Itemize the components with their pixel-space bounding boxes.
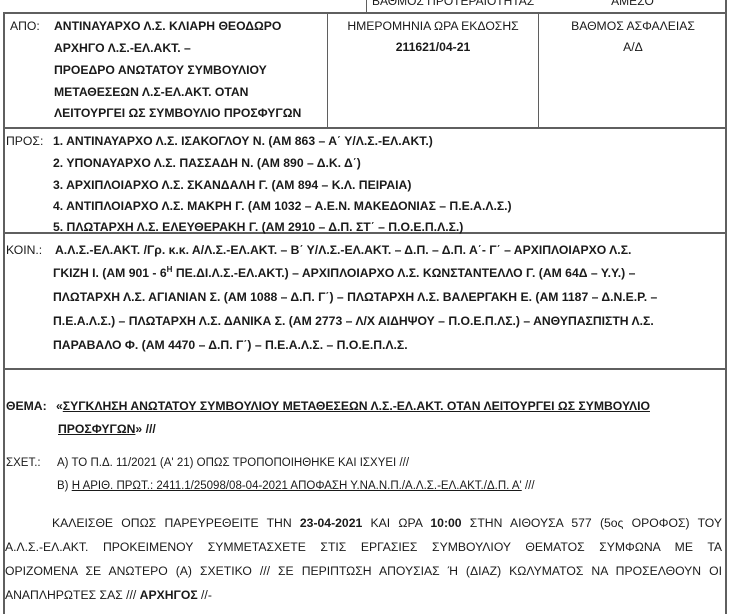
- recipient-item: 1. ΑΝΤΙΝΑΥΑΡΧΟ Λ.Σ. ΙΣΑΚΟΓΛΟΥ Ν. (ΑΜ 863…: [53, 134, 433, 148]
- subject-line: ΠΡΟΣΦΥΓΩΝ» ///: [58, 422, 156, 436]
- copies-label: ΚΟΙΝ.:: [6, 243, 42, 257]
- copies-line: ΠΑΡΑΒΑΛΟ Φ. (ΑΜ 4470 – Δ.Π. Γ΄) – Π.Ε.Α.…: [53, 338, 408, 352]
- from-label: ΑΠΟ:: [10, 19, 40, 33]
- from-line: ΜΕΤΑΘΕΣΕΩΝ Λ.Σ-ΕΛ.ΑΚΤ. ΟΤΑΝ: [54, 85, 248, 99]
- subject-label: ΘΕΜΑ:: [6, 399, 47, 413]
- from-line: ΑΡΧΗΓΟ Λ.Σ.-ΕΛ.ΑΚΤ. –: [54, 41, 191, 55]
- recipients-label: ΠΡΟΣ:: [6, 134, 43, 148]
- body-line: ΚΑΛΕΙΣΘΕ ΟΠΩΣ ΠΑΡΕΥΡΕΘΕΙΤΕ ΤΗΝ 23-04-202…: [52, 516, 722, 530]
- copies-line: ΓΚΙΖΗ Ι. (ΑΜ 901 - 6Η ΠΕ.ΔΙ.Λ.Σ.-ΕΛ.ΑΚΤ.…: [53, 266, 635, 280]
- security-level-value: Α/Δ: [541, 40, 725, 54]
- from-line: ΠΡΟΕΔΡΟ ΑΝΩΤΑΤΟΥ ΣΥΜΒΟΥΛΙΟΥ: [54, 63, 267, 77]
- body-line: ΑΝΑΠΛΗΡΩΤΕΣ ΣΑΣ /// ΑΡΧΗΓΟΣ //-: [5, 588, 212, 602]
- copies-line: Α.Λ.Σ.-ΕΛ.ΑΚΤ. /Γρ. κ.κ. Α/Λ.Σ.-ΕΛ.ΑΚΤ. …: [55, 243, 631, 257]
- from-line: ΑΝΤΙΝΑΥΑΡΧΟ Λ.Σ. ΚΛΙΑΡΗ ΘΕΟΔΩΡΟ: [54, 19, 281, 33]
- reference-a: Α) ΤΟ Π.Δ. 11/2021 (Α' 21) ΟΠΩΣ ΤΡΟΠΟΠΟΙ…: [57, 457, 409, 469]
- rule-top: [3, 12, 726, 14]
- header-divider-2: [538, 13, 539, 128]
- from-line: ΛΕΙΤΟΥΡΓΕΙ ΩΣ ΣΥΜΒΟΥΛΙΟ ΠΡΟΣΦΥΓΩΝ: [54, 106, 301, 120]
- recipient-item: 3. ΑΡΧΙΠΛΟΙΑΡΧΟ Λ.Σ. ΣΚΑΝΔΑΛΗ Γ. (ΑΜ 894…: [53, 178, 411, 192]
- border-left: [3, 13, 5, 614]
- recipient-item: 2. ΥΠΟΝΑΥΑΡΧΟ Λ.Σ. ΠΑΣΣΑΔΗ Ν. (ΑΜ 890 – …: [53, 156, 361, 170]
- body-line: Α.Λ.Σ.-ΕΛ.ΑΚΤ. ΠΡΟΚΕΙΜΕΝΟΥ ΣΥΜΜΕΤΑΣΧΕΤΕ …: [5, 540, 722, 554]
- meeting-date: 23-04-2021: [300, 516, 362, 530]
- priority-value: ΑΜΕΣΟ: [540, 0, 725, 8]
- rule-header: [3, 127, 726, 129]
- recipient-item: 5. ΠΛΩΤΑΡΧΗ Λ.Σ. ΕΛΕΥΘΕΡΑΚΗ Γ. (ΑΜ 2910 …: [53, 220, 463, 234]
- priority-label: ΒΑΘΜΟΣ ΠΡΟΤΕΡΑΙΟΤΗΤΑΣ: [372, 0, 532, 8]
- body-line: ΟΡΙΖΟΜΕΝΑ ΣΕ ΑΝΩΤΕΡΟ (Α) ΣΧΕΤΙΚΟ /// ΣΕ …: [5, 564, 722, 578]
- security-level-label: ΒΑΘΜΟΣ ΑΣΦΑΛΕΙΑΣ: [541, 19, 725, 33]
- header-divider-1: [327, 13, 328, 128]
- issue-datetime-value: 211621/04-21: [330, 40, 536, 54]
- recipient-item: 4. ΑΝΤΙΠΛΟΙΑΡΧΟ Λ.Σ. ΜΑΚΡΗ Γ. (ΑΜ 1032 –…: [53, 199, 512, 213]
- copies-line: Π.Ε.Α.Λ.Σ.) – ΠΛΩΤΑΡΧΗ Λ.Σ. ΔΑΝΙΚΑ Σ. (Α…: [53, 314, 654, 328]
- signature: ΑΡΧΗΓΟΣ: [140, 588, 198, 602]
- issue-datetime-label: ΗΜΕΡΟΜΗΝΙΑ ΩΡΑ ΕΚΔΟΣΗΣ: [330, 19, 536, 33]
- subject-line: «ΣΥΓΚΛΗΣΗ ΑΝΩΤΑΤΟΥ ΣΥΜΒΟΥΛΙΟΥ ΜΕΤΑΘΕΣΕΩΝ…: [56, 399, 650, 413]
- meeting-time: 10:00: [430, 516, 461, 530]
- copies-line: ΠΛΩΤΑΡΧΗ Λ.Σ. ΑΓΙΑΝΙΑΝ Σ. (ΑΜ 1088 – Δ.Π…: [53, 290, 657, 304]
- reference-b: Β) Η ΑΡΙΘ. ΠΡΩΤ.: 2411.1/25098/08-04-202…: [57, 480, 535, 492]
- references-label: ΣΧΕΤ.:: [6, 457, 41, 469]
- border-right: [725, 0, 727, 614]
- rule-copies: [3, 368, 726, 370]
